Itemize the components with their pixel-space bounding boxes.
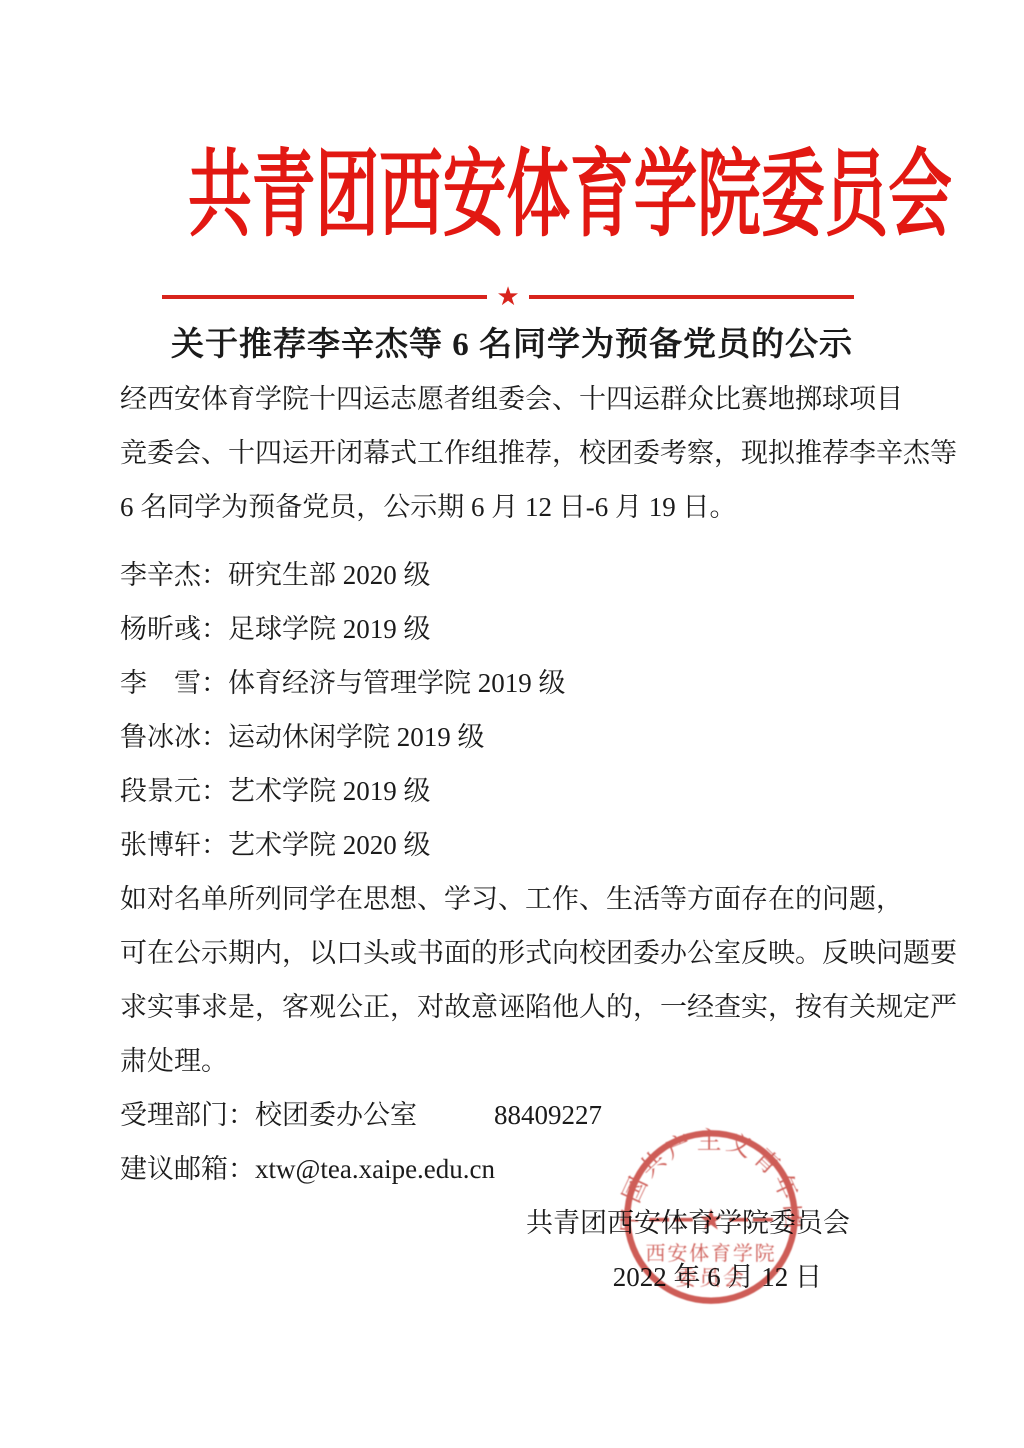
contact-department-value: 校团委办公室 bbox=[255, 1100, 417, 1130]
contact-phone: 88409227 bbox=[494, 1100, 602, 1130]
intro-line: 经西安体育学院十四运志愿者组委会、十四运群众比赛地掷球项目 bbox=[120, 372, 910, 426]
feedback-line: 可在公示期内，以口头或书面的形式向校团委办公室反映。反映问题要 bbox=[120, 926, 910, 980]
contact-email: xtw@tea.xaipe.edu.cn bbox=[255, 1154, 495, 1184]
candidate-item: 李 雪：体育经济与管理学院 2019 级 bbox=[120, 656, 910, 710]
candidate-list: 李辛杰：研究生部 2020 级 杨昕彧：足球学院 2019 级 李 雪：体育经济… bbox=[120, 548, 910, 872]
masthead: 共青团西安体育学院委员会 bbox=[0, 146, 1024, 246]
feedback-line: 求实事求是，客观公正，对故意诬陷他人的，一经查实，按有关规定严 bbox=[120, 980, 910, 1034]
notice-title: 关于推荐李辛杰等 6 名同学为预备党员的公示 bbox=[0, 318, 1024, 365]
candidate-item: 张博轩：艺术学院 2020 级 bbox=[120, 818, 910, 872]
candidate-item: 杨昕彧：足球学院 2019 级 bbox=[120, 602, 910, 656]
feedback-paragraph: 如对名单所列同学在思想、学习、工作、生活等方面存在的问题， 可在公示期内，以口头… bbox=[120, 872, 910, 1088]
candidate-item: 李辛杰：研究生部 2020 级 bbox=[120, 548, 910, 602]
seal-committee-text: 委员会 bbox=[676, 1266, 747, 1290]
divider-line-right bbox=[529, 295, 854, 299]
official-seal: 中国共产主义青年团 ★ 西安体育学院 委员会 bbox=[620, 1126, 802, 1308]
star-icon: ★ bbox=[487, 284, 528, 310]
feedback-line: 肃处理。 bbox=[120, 1034, 910, 1088]
document-page: 共青团西安体育学院委员会 ★ 关于推荐李辛杰等 6 名同学为预备党员的公示 经西… bbox=[0, 0, 1024, 1448]
intro-line: 6 名同学为预备党员，公示期 6 月 12 日-6 月 19 日。 bbox=[120, 480, 910, 534]
candidate-item: 段景元：艺术学院 2019 级 bbox=[120, 764, 910, 818]
intro-line: 竞委会、十四运开闭幕式工作组推荐，校团委考察，现拟推荐李辛杰等 bbox=[120, 426, 910, 480]
masthead-divider: ★ bbox=[162, 284, 854, 310]
divider-line-left bbox=[162, 295, 487, 299]
intro-paragraph: 经西安体育学院十四运志愿者组委会、十四运群众比赛地掷球项目 竞委会、十四运开闭幕… bbox=[120, 372, 910, 534]
feedback-line: 如对名单所列同学在思想、学习、工作、生活等方面存在的问题， bbox=[120, 872, 910, 926]
candidate-item: 鲁冰冰：运动休闲学院 2019 级 bbox=[120, 710, 910, 764]
seal-star-icon: ★ bbox=[698, 1205, 724, 1237]
masthead-org-name: 共青团西安体育学院委员会 bbox=[188, 146, 952, 246]
seal-school-name: 西安体育学院 bbox=[645, 1242, 776, 1265]
contact-department-label: 受理部门： bbox=[120, 1100, 255, 1130]
seal-graphic: 中国共产主义青年团 ★ 西安体育学院 委员会 bbox=[620, 1126, 802, 1308]
contact-email-label: 建议邮箱： bbox=[120, 1154, 255, 1184]
